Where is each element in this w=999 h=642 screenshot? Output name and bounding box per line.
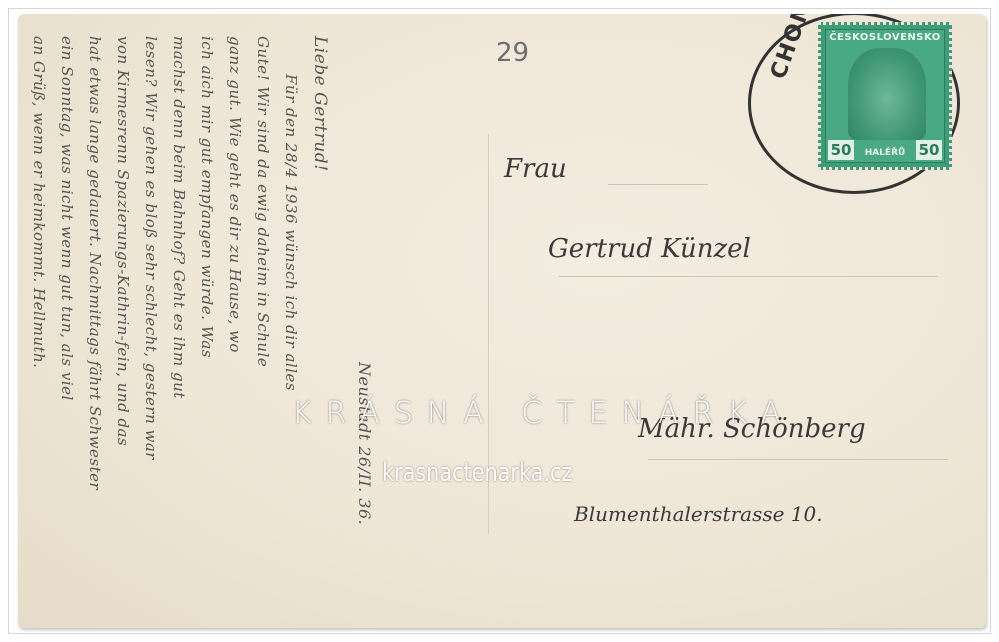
address-name: Gertrud Künzel bbox=[548, 234, 751, 264]
message-line: lesen? Wir gehen es bloß sehr schlecht, … bbox=[142, 36, 160, 460]
postcard-back: an Grüß, wenn er heimkommt. Hellmuth. ei… bbox=[18, 14, 986, 628]
stamp-portrait bbox=[848, 48, 926, 140]
address-street: Blumenthalerstrasse 10. bbox=[574, 502, 823, 526]
place-date: Neustadt 26/II. 36. bbox=[355, 362, 374, 525]
message-greeting: Liebe Gertrud! bbox=[310, 36, 330, 172]
postage-stamp: ČESKOSLOVENSKO 50 HALÉŘŮ 50 bbox=[818, 22, 952, 170]
address-rule bbox=[648, 459, 948, 460]
address-rule bbox=[558, 276, 938, 277]
reference-number: 29 bbox=[496, 38, 529, 68]
address-salutation: Frau bbox=[504, 154, 567, 184]
message-line: ein Sonntag, was nicht wenn gut tun, als… bbox=[58, 36, 76, 401]
message-line: machst denn beim Bahnhof? Geht es ihm gu… bbox=[170, 36, 188, 399]
message-line: von Kirmesrenn Spazierungs-Kathrin-fein,… bbox=[114, 36, 132, 446]
message-line: hat etwas lange gedauert. Nachmittags fä… bbox=[86, 36, 104, 490]
address-rule bbox=[608, 184, 708, 185]
message-line: ganz gut. Wie geht es dir zu Hause, wo bbox=[226, 36, 244, 353]
message-line: Für den 28/4 1936 wünsch ich dir alles bbox=[282, 74, 300, 391]
stamp-country: ČESKOSLOVENSKO bbox=[826, 32, 944, 43]
watermark-title: KRÁSNÁ ČTENÁŘKA bbox=[292, 396, 795, 431]
message-line: ich aich mir gut empfangen würde. Was bbox=[198, 36, 216, 358]
stamp-value-right: 50 bbox=[916, 140, 942, 160]
message-line: Gute! Wir sind da ewig daheim in Schule bbox=[254, 36, 272, 367]
message-line: an Grüß, wenn er heimkommt. Hellmuth. bbox=[30, 36, 48, 368]
watermark-url: krasnactenarka.cz bbox=[382, 458, 572, 488]
